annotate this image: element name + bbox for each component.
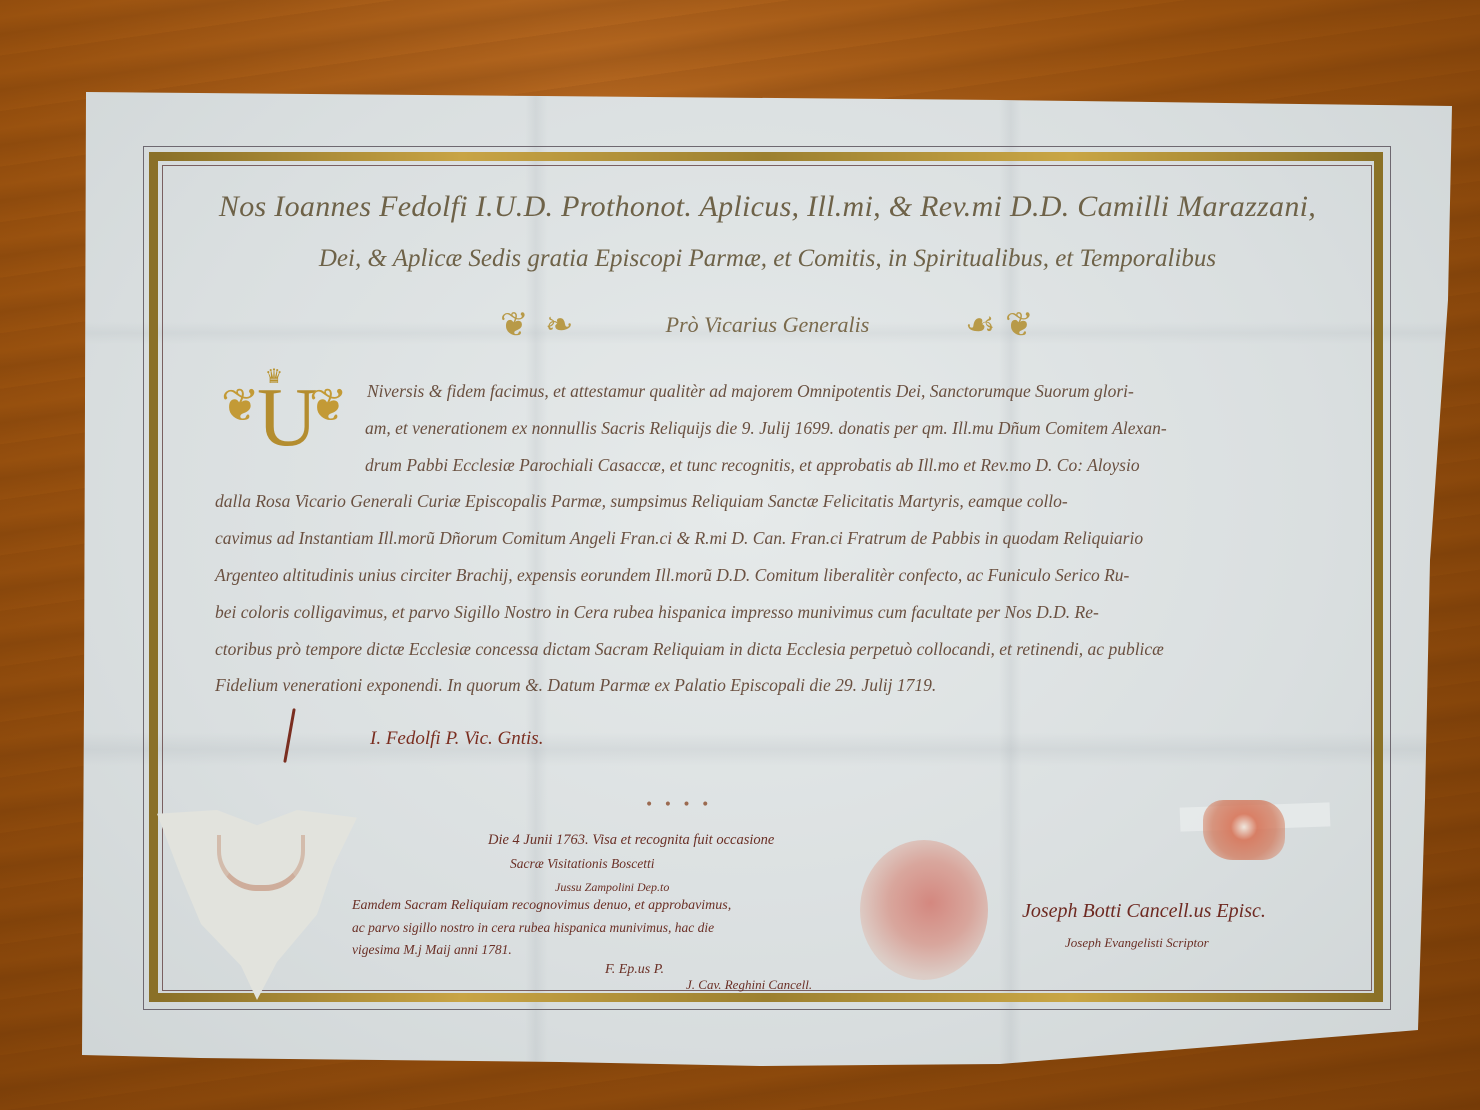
floral-flourish-left-2-icon: ❧ xyxy=(545,305,574,345)
body-line: Fidelium venerationi exponendi. In quoru… xyxy=(215,667,1345,704)
annotation-1763-line-1: Die 4 Junii 1763. Visa et recognita fuit… xyxy=(488,832,774,849)
body-line: Argenteo altitudinis unius circiter Brac… xyxy=(215,557,1345,594)
signature-botti: Joseph Botti Cancell.us Episc. xyxy=(1022,900,1266,923)
body-line: ctoribus prò tempore dictæ Ecclesiæ conc… xyxy=(215,631,1345,668)
annotation-1781-line-1: Eamdem Sacram Reliquiam recognovimus den… xyxy=(352,898,731,914)
signature-evangelisti: Joseph Evangelisti Scriptor xyxy=(1065,935,1209,951)
heading-line-1: Nos Ioannes Fedolfi I.U.D. Prothonot. Ap… xyxy=(165,190,1370,224)
wax-stain xyxy=(217,835,305,891)
annotation-1763-line-2: Sacræ Visitationis Boscetti xyxy=(510,856,655,872)
floral-flourish-right-2-icon: ❦ xyxy=(1005,305,1034,345)
body-line: bei coloris colligavimus, et parvo Sigil… xyxy=(215,594,1345,631)
annotation-1781-line-3: vigesima M.j Maij anni 1781. xyxy=(352,942,512,958)
annotation-1781-line-2: ac parvo sigillo nostro in cera rubea hi… xyxy=(352,920,714,936)
body-line: Niversis & fidem facimus, et attestamur … xyxy=(215,373,1345,410)
annotation-1763-line-3: Jussu Zampolini Dep.to xyxy=(555,880,669,895)
body-line: cavimus ad Instantiam Ill.morũ Dñorum Co… xyxy=(215,520,1345,557)
body-line: drum Pabbi Ecclesiæ Parochiali Casaccæ, … xyxy=(215,447,1345,484)
floral-flourish-left-icon: ❦ xyxy=(500,305,529,345)
body-line: dalla Rosa Vicario Generali Curiæ Episco… xyxy=(215,483,1345,520)
red-wax-seal-round xyxy=(860,840,988,980)
ink-stain-dots: • • • • xyxy=(645,797,712,813)
signature-vicar: I. Fedolfi P. Vic. Gntis. xyxy=(370,728,543,750)
signature-bishop: F. Ep.us P. xyxy=(605,962,664,978)
signature-chancellor-reghini: J. Cav. Reghini Cancell. xyxy=(686,977,812,993)
heading-line-3: Prò Vicarius Generalis xyxy=(165,312,1370,338)
certificate-body: Niversis & fidem facimus, et attestamur … xyxy=(215,373,1345,704)
body-line: am, et venerationem ex nonnullis Sacris … xyxy=(215,410,1345,447)
red-wax-seal-small xyxy=(1203,800,1285,860)
floral-flourish-right-icon: ☙ xyxy=(965,305,995,345)
heading-line-2: Dei, & Aplicæ Sedis gratia Episcopi Parm… xyxy=(165,245,1370,273)
